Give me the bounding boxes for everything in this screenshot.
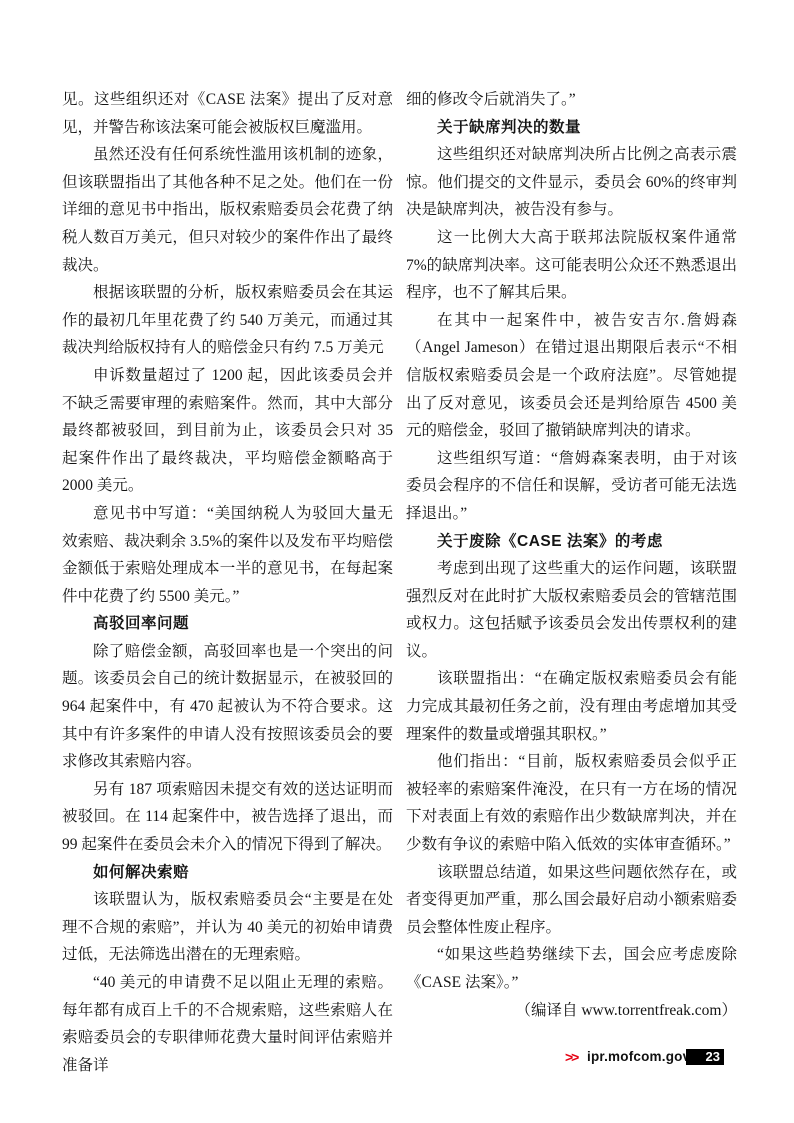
paragraph: 申诉数量超过了 1200 起，因此该委员会并不缺乏需要审理的索赔案件。然而，其中… [62, 362, 393, 500]
page-number-badge: 23 [686, 1049, 724, 1065]
paragraph: “如果这些趋势继续下去，国会应考虑废除《CASE 法案》。” [406, 941, 737, 996]
credit-line: （编译自 www.torrentfreak.com） [406, 997, 737, 1025]
double-chevron-icon: >> [565, 1049, 577, 1065]
paragraph: 意见书中写道：“美国纳税人为驳回大量无效索赔、裁决剩余 3.5%的案件以及发布平… [62, 500, 393, 610]
paragraph: 这一比例大大高于联邦法院版权案件通常 7%的缺席判决率。这可能表明公众还不熟悉退… [406, 224, 737, 307]
document-page: 见。这些组织还对《CASE 法案》提出了反对意见，并警告称该法案可能会被版权巨魔… [0, 0, 794, 1123]
column-right: 细的修改令后就消失了。”关于缺席判决的数量这些组织还对缺席判决所占比例之高表示震… [406, 86, 737, 1079]
paragraph-continuation: 见。这些组织还对《CASE 法案》提出了反对意见，并警告称该法案可能会被版权巨魔… [62, 86, 393, 141]
article-body: 见。这些组织还对《CASE 法案》提出了反对意见，并警告称该法案可能会被版权巨魔… [62, 86, 737, 1079]
page-footer: >> ipr.mofcom.gov.cn 23 [0, 1049, 794, 1067]
paragraph: 这些组织还对缺席判决所占比例之高表示震惊。他们提交的文件显示，委员会 60%的终… [406, 141, 737, 224]
section-heading: 如何解决索赔 [62, 859, 393, 887]
paragraph: 考虑到出现了这些重大的运作问题，该联盟强烈反对在此时扩大版权索赔委员会的管辖范围… [406, 555, 737, 665]
paragraph: 这些组织写道：“詹姆森案表明，由于对该委员会程序的不信任和误解，受访者可能无法选… [406, 445, 737, 528]
paragraph: 除了赔偿金额，高驳回率也是一个突出的问题。该委员会自己的统计数据显示，在被驳回的… [62, 638, 393, 776]
paragraph: 根据该联盟的分析，版权索赔委员会在其运作的最初几年里花费了约 540 万美元，而… [62, 279, 393, 362]
paragraph: 该联盟认为，版权索赔委员会“主要是在处理不合规的索赔”，并认为 40 美元的初始… [62, 886, 393, 969]
paragraph: 该联盟总结道，如果这些问题依然存在，或者变得更加严重，那么国会最好启动小额索赔委… [406, 859, 737, 942]
paragraph: 另有 187 项索赔因未提交有效的送达证明而被驳回。在 114 起案件中，被告选… [62, 776, 393, 859]
paragraph-continuation: 细的修改令后就消失了。” [406, 86, 737, 114]
section-heading: 关于缺席判决的数量 [406, 114, 737, 142]
section-heading: 关于废除《CASE 法案》的考虑 [406, 528, 737, 556]
paragraph: 他们指出：“目前，版权索赔委员会似乎正被轻率的索赔案件淹没，在只有一方在场的情况… [406, 748, 737, 858]
section-heading: 高驳回率问题 [62, 610, 393, 638]
paragraph: 在其中一起案件中，被告安吉尔.詹姆森（Angel Jameson）在错过退出期限… [406, 307, 737, 445]
column-left: 见。这些组织还对《CASE 法案》提出了反对意见，并警告称该法案可能会被版权巨魔… [62, 86, 393, 1079]
paragraph: 该联盟指出：“在确定版权索赔委员会有能力完成其最初任务之前，没有理由考虑增加其受… [406, 665, 737, 748]
paragraph: 虽然还没有任何系统性滥用该机制的迹象，但该联盟指出了其他各种不足之处。他们在一份… [62, 141, 393, 279]
